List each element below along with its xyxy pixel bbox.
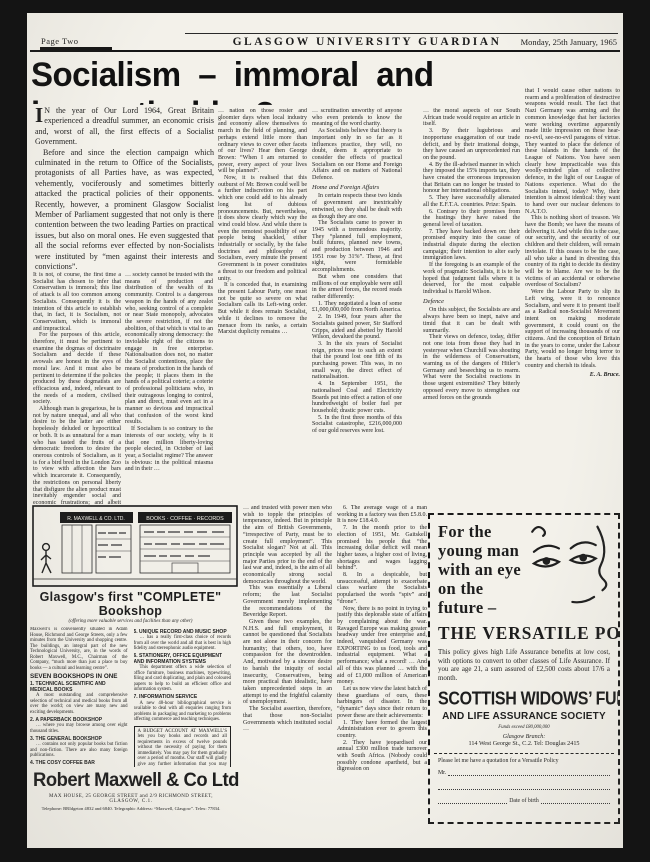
paragraph: For the purposes of this article, theref… [33, 332, 121, 406]
bookshop-ad: Glasgow's first "COMPLETE" Bookshop (off… [30, 590, 231, 768]
paragraph: This was essentially a Liberal reform; t… [243, 585, 332, 619]
paragraph: Maxwell’s is conveniently situated in Ad… [30, 627, 128, 671]
paragraph: … and trusted with power men who wish to… [243, 505, 332, 585]
coupon-extra-input-line[interactable] [438, 797, 507, 804]
paragraph: Before and since the election campaign w… [35, 148, 214, 270]
paragraph: If Socialism is so contrary to the inter… [125, 426, 213, 473]
article-column-4: … scrutination unworthy of anyone who ev… [312, 108, 402, 506]
storefront-sign-right: BOOKS · COFFEE · RECORDS [146, 516, 224, 522]
paragraph: … society cannot be trusted with the mea… [125, 272, 213, 426]
article-column-7-lower: … and trusted with power men who wish to… [243, 505, 332, 835]
society-name: SCOTTISH WIDOWS’ FUND [438, 690, 610, 711]
coupon-address-input-line[interactable] [438, 783, 610, 790]
paragraph: 4. By the ill-advised manner in which th… [423, 162, 520, 196]
life-assurance-ad: For the young man with an eye on the fut… [428, 513, 620, 824]
masthead-date: Monday, 25th January, 1965 [521, 37, 617, 47]
paragraph: 6. STATIONERY, OFFICE EQUIPMENT AND INFO… [134, 654, 232, 665]
coupon-dob-row: Date of birth [438, 797, 610, 804]
paragraph: … contains not only popular books but fi… [30, 742, 128, 759]
paragraph: Now, there is no point in trying to just… [337, 606, 427, 686]
paragraph: Given these two examples, the N.H.S. and… [243, 619, 332, 706]
bookshop-ad-right-column: 5. UNIQUE RECORD AND MUSIC SHOP… has a r… [134, 627, 232, 767]
paragraph: 3. In the six years of Socialist reign, … [312, 341, 402, 381]
maxwell-address-line2: GLASGOW, C.1. [30, 799, 232, 804]
paragraph: Their views on defence, today, differ no… [423, 334, 520, 401]
paragraph: 1. TECHNICAL SCIENTIFIC AND MEDICAL BOOK… [30, 682, 128, 693]
branch-address: 114 West George St., C.2. Tel: Douglas 2… [438, 740, 610, 747]
coupon-name-input-line[interactable] [448, 769, 610, 776]
paragraph: This department offers a wide selection … [134, 665, 232, 693]
paragraph: A new 48-hour bibliographical service is… [134, 701, 232, 723]
paragraph: SEVEN BOOKSHOPS IN ONE [30, 674, 128, 680]
article-intro: I N the year of Our Lord 1964, Great Bri… [35, 106, 214, 270]
coupon-name-label: Mr. [438, 770, 446, 776]
paragraph: Were the Labour Party to slip its Left w… [525, 289, 620, 369]
coupon-address-row [438, 783, 610, 790]
article-column-1: It is not, of course, the first time a S… [33, 272, 121, 506]
paragraph: 6. The average wage of a man working in … [337, 505, 427, 525]
article-column-2: … society cannot be trusted with the mea… [125, 272, 213, 506]
coupon-name-row: Mr. [438, 769, 610, 776]
paragraph: If the foregoing is an example of the wo… [423, 262, 520, 296]
bookshop-ad-left-column: Maxwell’s is conveniently situated in Ad… [30, 627, 128, 767]
crosshead: Home and Foreign Affairs [312, 185, 402, 192]
paragraph: 5. They have successfully alienated all … [423, 195, 520, 208]
page-number-label: Page Two [41, 36, 78, 46]
paragraph: 2. In 1949, four years after the Sociali… [312, 314, 402, 341]
bookshop-ad-subtitle: (offering more valuable services and fac… [30, 619, 231, 624]
intro-text-container: N the year of Our Lord 1964, Great Brita… [35, 106, 214, 270]
author-signature: E. A. Bruce. [525, 372, 620, 379]
article-column-8-lower: 6. The average wage of a man working in … [337, 505, 427, 835]
paragraph: 1. They negotiated a loan of some £1,000… [312, 301, 402, 314]
maxwell-contact-line: Telephone: BRIdgeton 4832 and 6840. Tele… [30, 806, 232, 811]
maxwell-footer-ad: Robert Maxwell & Co Ltd MAX HOUSE, 25 GE… [30, 770, 232, 832]
paragraph: 8. In a despicable, but unsuccessful, at… [337, 572, 427, 606]
crosshead: Defence [423, 299, 520, 306]
paragraph: that I would cause other nations to rear… [525, 88, 620, 215]
paragraph: In certain respects these two kinds of g… [312, 193, 402, 220]
scanned-newspaper-screenshot: { "colors": {"ink": "#1d1d1d", "paper": … [0, 0, 650, 862]
paragraph: … nation on those rosier and gloomier da… [218, 108, 307, 175]
coupon-prompt: Please let me have a quotation for a Ver… [438, 758, 610, 764]
storefront-sign-left: R. MAXWELL & CO. LTD. [67, 516, 125, 522]
society-subname: AND LIFE ASSURANCE SOCIETY [438, 711, 610, 722]
paragraph: N the year of Our Lord 1964, Great Brita… [35, 106, 214, 148]
masthead-rule-top [185, 33, 618, 34]
newspaper-page: Page Two GLASGOW UNIVERSITY GUARDIAN Mon… [27, 13, 623, 848]
funds-note: Funds exceed £80,000,000 [438, 725, 610, 730]
paragraph: … where you may browse among over eight … [30, 723, 128, 734]
masthead-title: GLASGOW UNIVERSITY GUARDIAN [217, 36, 517, 48]
storefront-illustration: R. MAXWELL & CO. LTD. BOOKS · COFFEE · R… [32, 505, 238, 587]
article-column-6: that I would cause other nations to rear… [525, 88, 620, 520]
paragraph: But when one considers that millions of … [312, 274, 402, 301]
paragraph: Now, it is realised that this outburst o… [218, 175, 307, 282]
coupon-dob-input-line[interactable] [541, 797, 610, 804]
paragraph: 1. They have formed the largest Administ… [337, 720, 427, 740]
paragraph: As Socialists believe that theory is imp… [312, 128, 402, 182]
masthead-rule-bottom [30, 50, 620, 52]
paragraph: 2. They have jeopardised our annual £300… [337, 740, 427, 774]
paragraph: A BUDGET ACCOUNT AT MAXWELL’S lets you b… [134, 726, 232, 768]
paragraph: On this subject, the Socialists are and … [423, 307, 520, 334]
policy-description: This policy gives high Life Assurance be… [438, 649, 610, 683]
paragraph: The Socialists came to power in 1945 wit… [312, 220, 402, 274]
article-column-3: … nation on those rosier and gloomier da… [218, 108, 307, 506]
paragraph: … has a really first-class choice of rec… [134, 635, 232, 652]
paragraph: This is nothing short of treason. We hav… [525, 215, 620, 289]
eyes-illustration [526, 520, 612, 612]
paragraph: 7. In the month prior to the election of… [337, 525, 427, 572]
drop-cap: I [35, 106, 44, 124]
paragraph: It is conceded that, in examining the pr… [218, 282, 307, 336]
policy-title: THE VERSATILE POLICY [438, 623, 603, 644]
coupon-divider [434, 753, 614, 754]
paragraph: 7. They have backed down on: their promi… [423, 229, 520, 263]
maxwell-company-name: Robert Maxwell & Co Ltd [33, 770, 229, 792]
paragraph: 5. In the first three months of this Soc… [312, 415, 402, 435]
paragraph: 4. In September 1951, the nationalised C… [312, 381, 402, 415]
paragraph: The Socialist assertion, therefore, that… [243, 706, 332, 733]
paragraph: 6. Contrary to their promises from the h… [423, 209, 520, 229]
paragraph: A most outstanding and comprehensive sel… [30, 693, 128, 715]
coupon-dob-label: Date of birth [509, 798, 539, 804]
article-headline: Socialism – immoral and impracticable ? [31, 55, 536, 105]
paragraph: Although man is gregarious, he is not by… [33, 406, 121, 506]
article-column-5: … the moral aspects of our South African… [423, 108, 520, 506]
paragraph: … a comfortable and attractively designe… [30, 767, 128, 768]
paragraph: … the moral aspects of our South African… [423, 108, 520, 128]
paragraph: 3. By their lugubrious and inopportune e… [423, 128, 520, 162]
paragraph: … scrutination unworthy of anyone who ev… [312, 108, 402, 128]
paragraph: It is not, of course, the first time a S… [33, 272, 121, 332]
bookshop-ad-heading: Glasgow's first "COMPLETE" Bookshop [30, 590, 231, 618]
paragraph: Let us now view the latest batch of thes… [337, 686, 427, 720]
